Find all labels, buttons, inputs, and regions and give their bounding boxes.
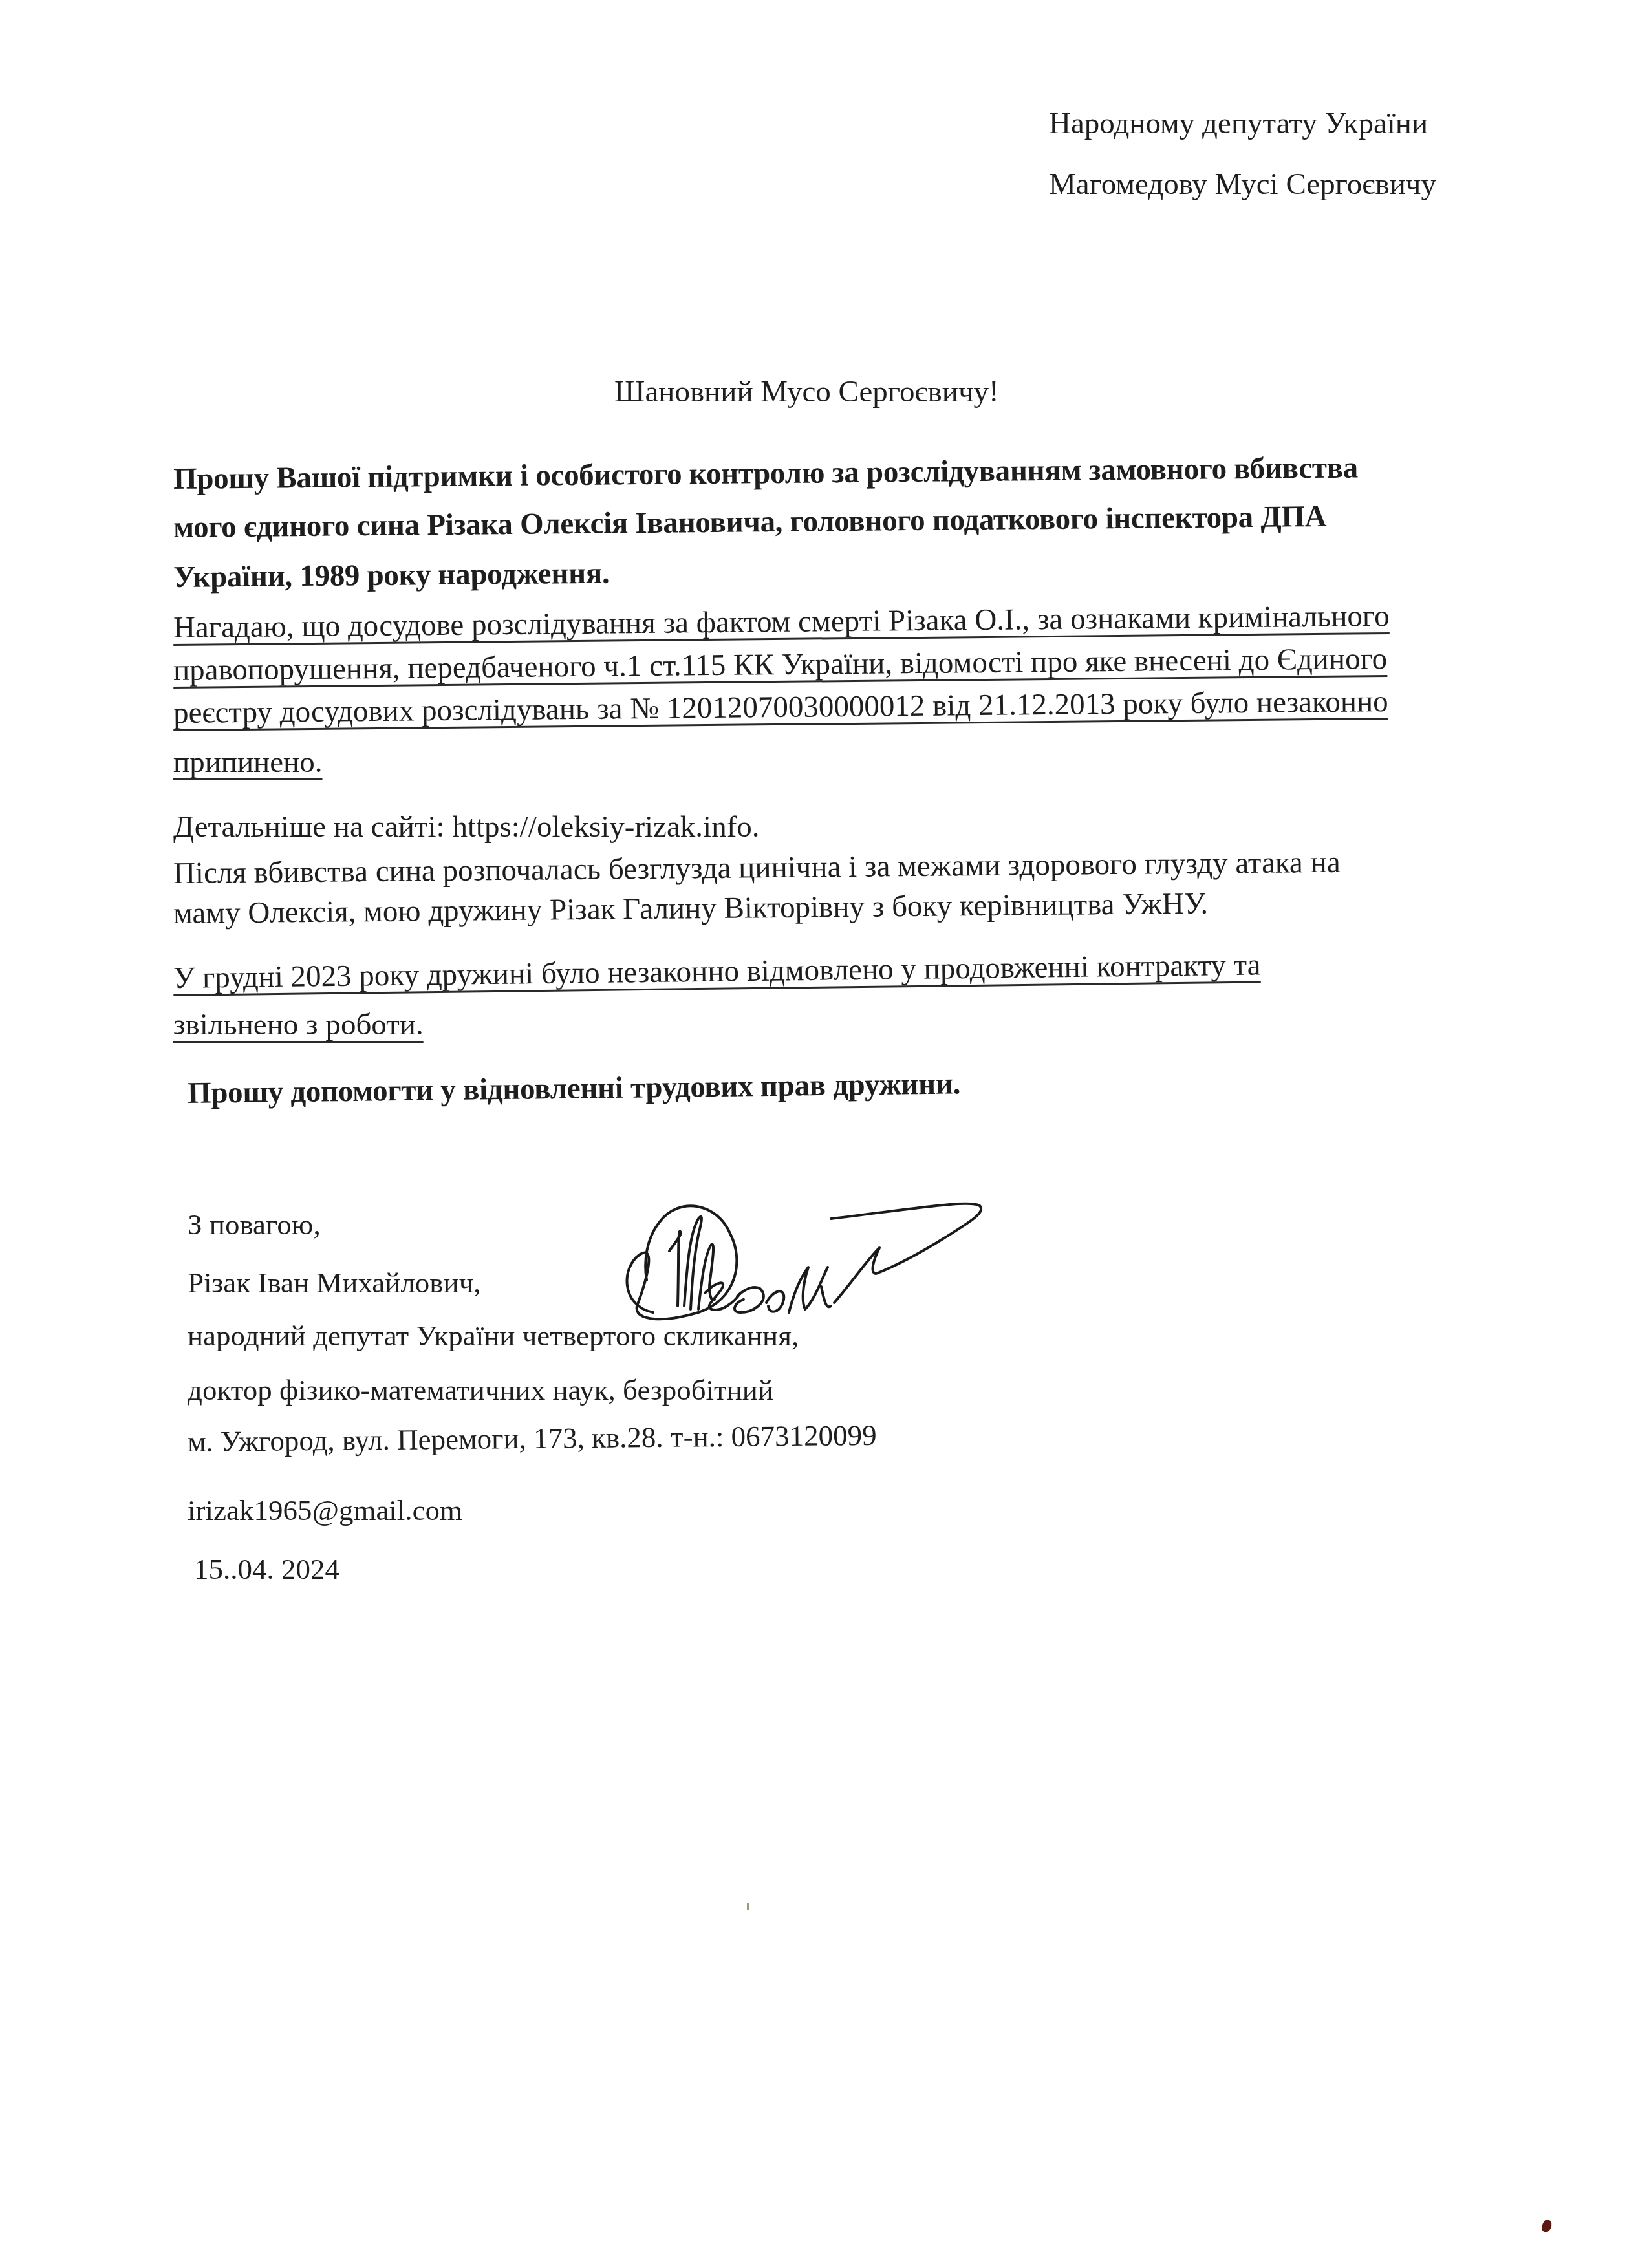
addressee-line-1: Народному депутату України [1049, 109, 1428, 139]
closing-email[interactable]: irizak1965@gmail.com [188, 1496, 462, 1525]
salutation: Шановний Мусо Сергоєвичу! [614, 377, 999, 407]
closing-name: Різак Іван Михайлович, [188, 1268, 481, 1298]
closing-degree: доктор фізико-математичних наук, безробі… [188, 1376, 773, 1405]
dismissal-line-2: звільнено з роботи. [173, 1010, 424, 1040]
website-label: Детальніше на сайті: [173, 810, 445, 844]
dismissal-line-1: У грудні 2023 року дружині було незаконн… [173, 950, 1261, 994]
request-line-2: мого єдиного сина Різака Олексія Іванови… [173, 502, 1327, 543]
request-line-3: України, 1989 року народження. [173, 559, 610, 593]
investigation-line-1: Нагадаю, що досудове розслідування за фа… [173, 601, 1390, 643]
website-link[interactable]: https://oleksiy-rizak.info. [452, 810, 759, 844]
final-request: Прошу допомогти у відновленні трудових п… [188, 1069, 961, 1109]
attack-line-2: маму Олексія, мою дружину Різак Галину В… [173, 889, 1209, 929]
request-line-1: Прошу Вашої підтримки і особистого контр… [173, 453, 1358, 495]
scan-mark [747, 1903, 749, 1910]
investigation-line-4: припинено. [173, 747, 323, 778]
ink-speck [1540, 2218, 1553, 2234]
addressee-line-2: Магомедову Мусі Сергоєвичу [1049, 169, 1436, 200]
closing-regards: З повагою, [188, 1210, 321, 1239]
investigation-line-3: реєстру досудових розслідувань за № 1201… [173, 687, 1388, 729]
website-line: Детальніше на сайті: https://oleksiy-riz… [173, 812, 760, 842]
investigation-line-2: правопорушення, передбаченого ч.1 ст.115… [173, 644, 1388, 686]
closing-date: 15..04. 2024 [194, 1555, 339, 1584]
attack-line-1: Після вбивства сина розпочалась безглузд… [173, 848, 1341, 889]
signature-icon [608, 1183, 1073, 1332]
closing-address: м. Ужгород, вул. Перемоги, 173, кв.28. т… [188, 1421, 877, 1457]
